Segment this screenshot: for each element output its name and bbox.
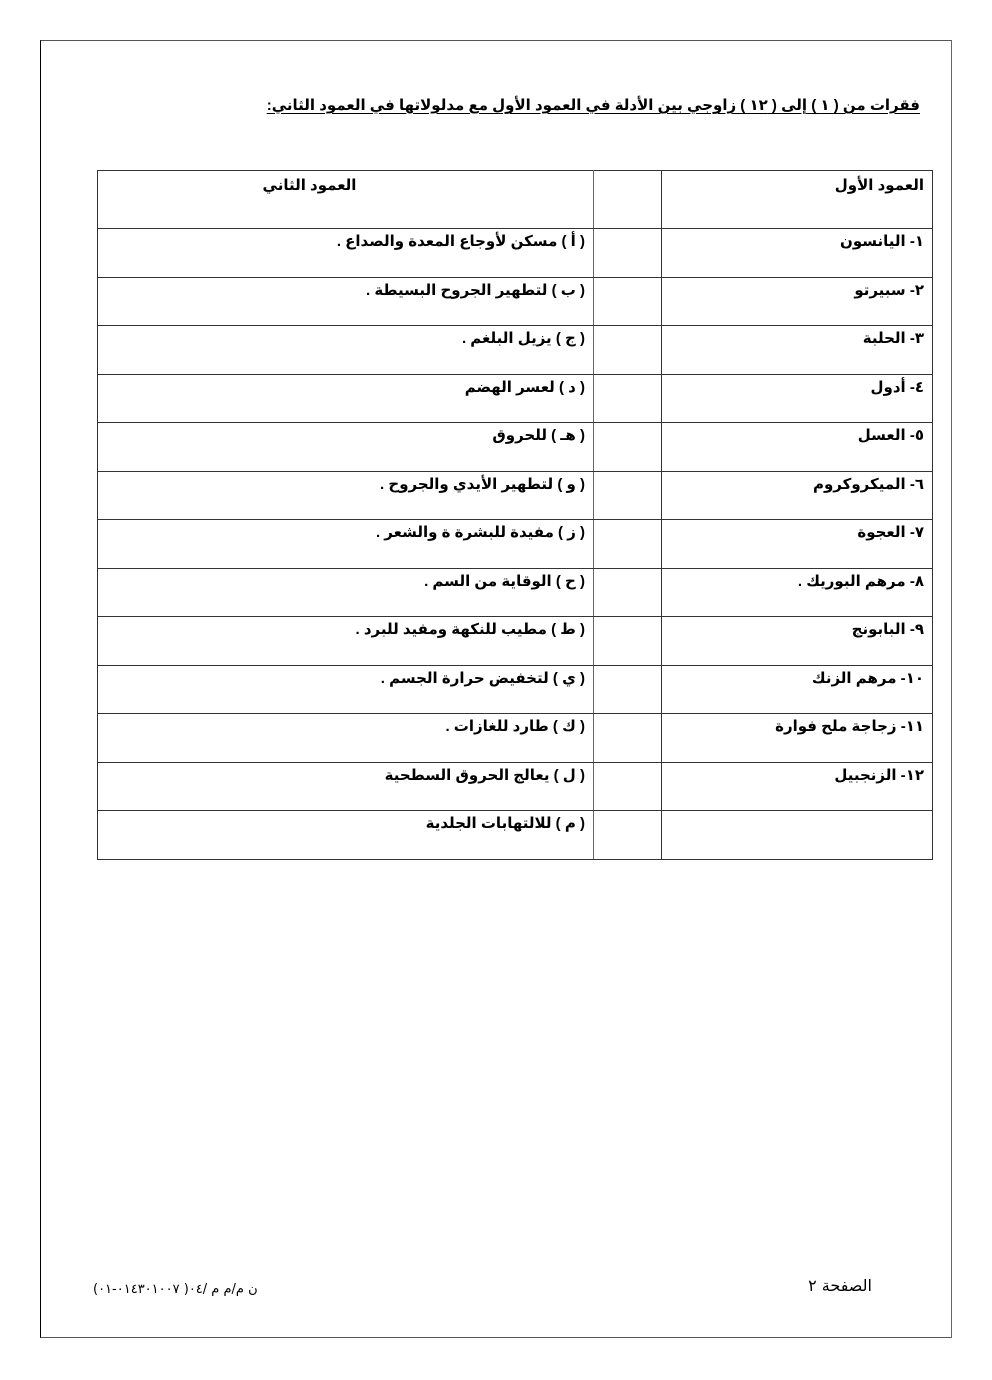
item-cell: ١٢- الزنجبيل — [662, 762, 933, 811]
meaning-cell: ( م ) للالتهابات الجلدية — [98, 811, 594, 860]
table-row: ١٠- مرهم الزنك ( ي ) لتخفيض حرارة الجسم … — [98, 665, 933, 714]
answer-cell[interactable] — [594, 374, 662, 423]
answer-cell[interactable] — [594, 762, 662, 811]
answer-cell[interactable] — [594, 229, 662, 278]
item-cell: ٧- العجوة — [662, 520, 933, 569]
answer-cell[interactable] — [594, 568, 662, 617]
item-cell: ١١- زجاجة ملح فوارة — [662, 714, 933, 763]
item-cell: ٢- سبيرتو — [662, 277, 933, 326]
meaning-cell: ( ج ) يزيل البلغم . — [98, 326, 594, 375]
table-row: ٣- الحلبة ( ج ) يزيل البلغم . — [98, 326, 933, 375]
item-cell: ٥- العسل — [662, 423, 933, 472]
item-cell: ٨- مرهم البوريك . — [662, 568, 933, 617]
table-row: ٦- الميكروكروم ( و ) لتطهير الأيدي والجر… — [98, 471, 933, 520]
table-row: ( م ) للالتهابات الجلدية — [98, 811, 933, 860]
meaning-cell: ( و ) لتطهير الأيدي والجروح . — [98, 471, 594, 520]
answer-cell[interactable] — [594, 811, 662, 860]
answer-cell[interactable] — [594, 520, 662, 569]
table-row: ٥- العسل ( هـ ) للحروق — [98, 423, 933, 472]
item-cell: ١٠- مرهم الزنك — [662, 665, 933, 714]
meaning-cell: ( ط ) مطيب للنكهة ومفيد للبرد . — [98, 617, 594, 666]
table-header-row: العمود الأول العمود الثاني — [98, 171, 933, 229]
table-row: ٨- مرهم البوريك . ( ح ) الوقاية من السم … — [98, 568, 933, 617]
meaning-cell: ( ل ) يعالج الحروق السطحية — [98, 762, 594, 811]
answer-header-cell — [594, 171, 662, 229]
table-row: ٤- أدول ( د ) لعسر الهضم — [98, 374, 933, 423]
table-row: ١٢- الزنجبيل ( ل ) يعالج الحروق السطحية — [98, 762, 933, 811]
item-cell: ٩- البابونج — [662, 617, 933, 666]
form-code: ن م/م م /٠٤( ٠١٤٣٠١٠٠٧-٠١) — [93, 1282, 258, 1297]
item-cell: ٦- الميكروكروم — [662, 471, 933, 520]
meaning-cell: ( ب ) لتطهير الجروح البسيطة . — [98, 277, 594, 326]
answer-cell[interactable] — [594, 326, 662, 375]
page-number: الصفحة ٢ — [808, 1276, 872, 1295]
answer-cell[interactable] — [594, 471, 662, 520]
meaning-cell: ( ك ) طارد للغازات . — [98, 714, 594, 763]
meaning-cell: ( د ) لعسر الهضم — [98, 374, 594, 423]
item-cell: ٤- أدول — [662, 374, 933, 423]
table-row: ١١- زجاجة ملح فوارة ( ك ) طارد للغازات . — [98, 714, 933, 763]
header-second-column: العمود الثاني — [98, 171, 594, 229]
answer-cell[interactable] — [594, 617, 662, 666]
item-cell: ١- اليانسون — [662, 229, 933, 278]
item-cell: ٣- الحلبة — [662, 326, 933, 375]
table-row: ١- اليانسون ( أ ) مسكن لأوجاع المعدة وال… — [98, 229, 933, 278]
answer-cell[interactable] — [594, 714, 662, 763]
table-row: ٢- سبيرتو ( ب ) لتطهير الجروح البسيطة . — [98, 277, 933, 326]
meaning-cell: ( ز ) مفيدة للبشرة ة والشعر . — [98, 520, 594, 569]
matching-table: العمود الأول العمود الثاني ١- اليانسون (… — [97, 170, 933, 860]
meaning-cell: ( ي ) لتخفيض حرارة الجسم . — [98, 665, 594, 714]
answer-cell[interactable] — [594, 277, 662, 326]
answer-cell[interactable] — [594, 665, 662, 714]
table-row: ٧- العجوة ( ز ) مفيدة للبشرة ة والشعر . — [98, 520, 933, 569]
answer-cell[interactable] — [594, 423, 662, 472]
question-instruction: فقرات من ( ١ ) إلى ( ١٢ ) زاوجي بين الأد… — [267, 96, 920, 114]
meaning-cell: ( هـ ) للحروق — [98, 423, 594, 472]
meaning-cell: ( أ ) مسكن لأوجاع المعدة والصداع . — [98, 229, 594, 278]
item-cell — [662, 811, 933, 860]
header-first-column: العمود الأول — [662, 171, 933, 229]
meaning-cell: ( ح ) الوقاية من السم . — [98, 568, 594, 617]
table-row: ٩- البابونج ( ط ) مطيب للنكهة ومفيد للبر… — [98, 617, 933, 666]
